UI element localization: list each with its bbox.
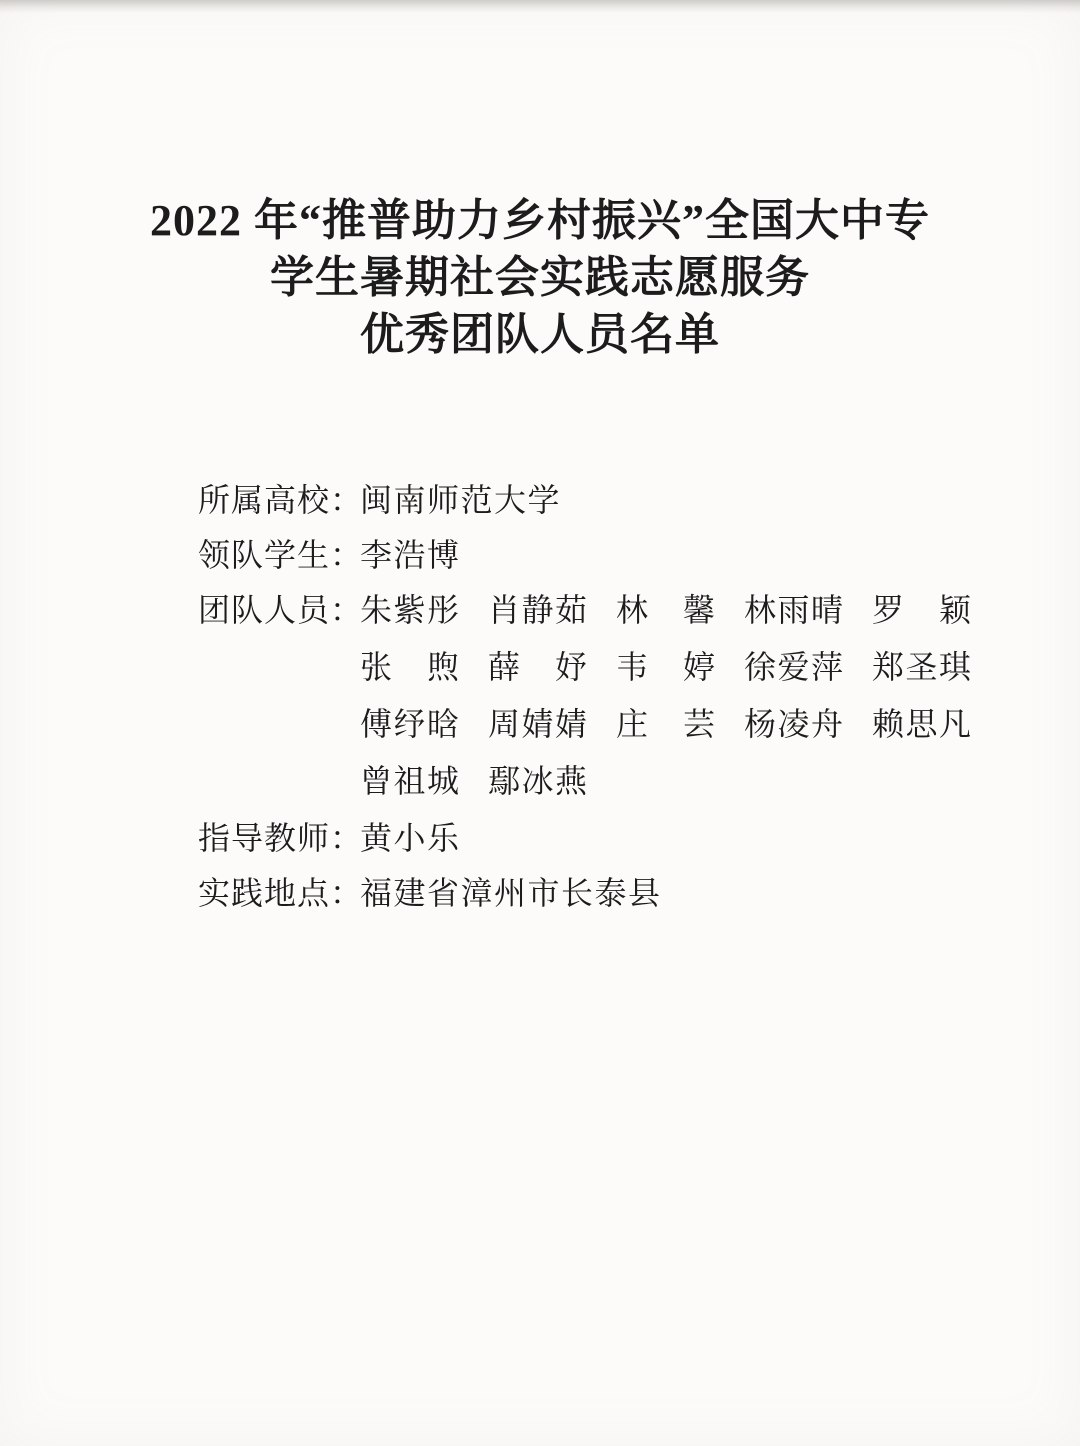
leader-label: 领队学生： xyxy=(198,535,360,575)
scan-edge-artifact xyxy=(0,0,1080,13)
team-member-name: 徐爱萍 xyxy=(744,647,845,687)
field-location: 实践地点： 福建省漳州市长泰县 xyxy=(198,873,998,913)
team-member-name: 林雨晴 xyxy=(744,590,845,630)
leader-value: 李浩博 xyxy=(360,535,461,575)
team-member-name: 罗 颖 xyxy=(872,590,973,630)
team-member-name: 肖静茹 xyxy=(488,590,589,630)
title-line-1: 2022 年“推普助力乡村振兴”全国大中专 xyxy=(0,192,1080,249)
team-member-rows: 朱紫彤肖静茹林 馨林雨晴罗 颖张 煦薛 妤韦 婷徐爱萍郑圣琪傅纾晗周婧婧庄 芸杨… xyxy=(360,590,998,801)
team-member-name: 鄢冰燕 xyxy=(488,761,589,801)
team-member-name: 张 煦 xyxy=(360,647,461,687)
school-value: 闽南师范大学 xyxy=(360,480,561,520)
team-label: 团队人员： xyxy=(198,590,360,630)
field-team-members: 团队人员： 朱紫彤肖静茹林 馨林雨晴罗 颖张 煦薛 妤韦 婷徐爱萍郑圣琪傅纾晗周… xyxy=(198,590,998,801)
team-member-name: 杨凌舟 xyxy=(744,704,845,744)
field-leader: 领队学生： 李浩博 xyxy=(198,535,998,575)
title-line-3: 优秀团队人员名单 xyxy=(0,306,1080,363)
school-label: 所属高校： xyxy=(198,480,360,520)
location-value: 福建省漳州市长泰县 xyxy=(360,873,662,913)
team-member-name: 庄 芸 xyxy=(616,704,717,744)
advisor-value: 黄小乐 xyxy=(360,818,461,858)
location-label: 实践地点： xyxy=(198,873,360,913)
team-member-name: 朱紫彤 xyxy=(360,590,461,630)
team-member-name: 韦 婷 xyxy=(616,647,717,687)
team-name-row: 朱紫彤肖静茹林 馨林雨晴罗 颖 xyxy=(360,590,998,630)
team-name-row: 傅纾晗周婧婧庄 芸杨凌舟赖思凡 xyxy=(360,704,998,744)
title-line-2: 学生暑期社会实践志愿服务 xyxy=(0,249,1080,306)
advisor-label: 指导教师： xyxy=(198,818,360,858)
team-member-name: 曾祖城 xyxy=(360,761,461,801)
team-member-name: 薛 妤 xyxy=(488,647,589,687)
team-name-row: 张 煦薛 妤韦 婷徐爱萍郑圣琪 xyxy=(360,647,998,687)
team-member-name: 傅纾晗 xyxy=(360,704,461,744)
field-advisor: 指导教师： 黄小乐 xyxy=(198,818,998,858)
team-member-name: 赖思凡 xyxy=(872,704,973,744)
team-member-name: 郑圣琪 xyxy=(872,647,973,687)
team-member-name: 周婧婧 xyxy=(488,704,589,744)
document-title: 2022 年“推普助力乡村振兴”全国大中专 学生暑期社会实践志愿服务 优秀团队人… xyxy=(0,192,1080,363)
team-name-row: 曾祖城鄢冰燕 xyxy=(360,761,998,801)
field-school: 所属高校： 闽南师范大学 xyxy=(198,480,998,520)
team-member-name: 林 馨 xyxy=(616,590,717,630)
document-page: 2022 年“推普助力乡村振兴”全国大中专 学生暑期社会实践志愿服务 优秀团队人… xyxy=(0,0,1080,1446)
document-body: 所属高校： 闽南师范大学 领队学生： 李浩博 团队人员： 朱紫彤肖静茹林 馨林雨… xyxy=(198,480,998,928)
